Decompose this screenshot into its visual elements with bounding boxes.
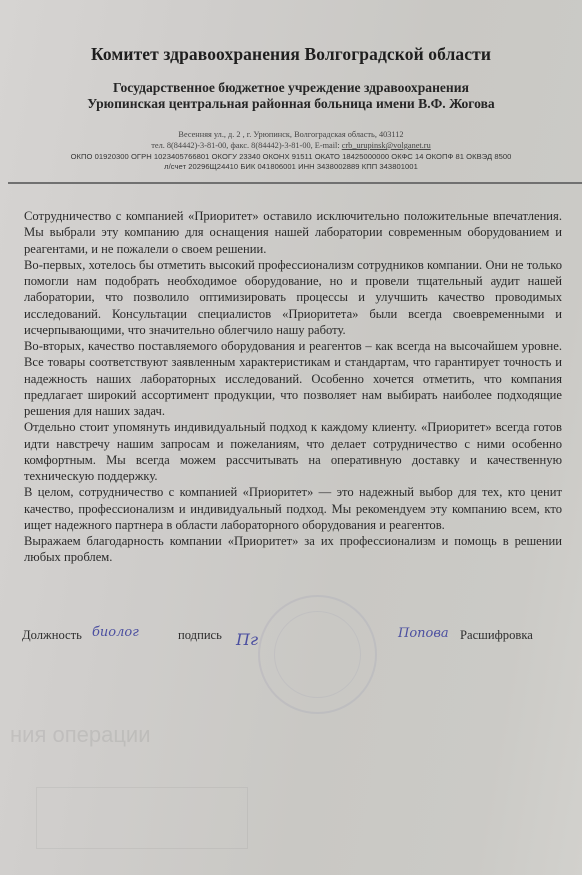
paragraph: Во-вторых, качество поставляемого оборуд… xyxy=(24,338,562,419)
paragraph: Отдельно стоит упомянуть индивидуальный … xyxy=(24,419,562,484)
signature-row: Должность биолог подпись Пг Попова Расши… xyxy=(0,628,582,658)
show-through-box xyxy=(36,787,248,849)
registry-codes-line1: ОКПО 01920300 ОГРН 1023405766801 ОКОГУ 2… xyxy=(0,152,582,161)
contacts-line: тел. 8(84442)-3-81-00, факс. 8(84442)-3-… xyxy=(0,141,582,150)
show-through-text: ния операции xyxy=(10,722,151,748)
paragraph: Во-первых, хотелось бы отметить высокий … xyxy=(24,257,562,338)
signature-label: подпись xyxy=(178,628,222,643)
letter-page: Комитет здравоохранения Волгоградской об… xyxy=(0,0,582,875)
paragraph: Выражаем благодарность компании «Приорит… xyxy=(24,533,562,566)
phone-fax: тел. 8(84442)-3-81-00, факс. 8(84442)-3-… xyxy=(151,141,341,150)
paragraph: В целом, сотрудничество с компанией «При… xyxy=(24,484,562,533)
position-label: Должность xyxy=(22,628,82,643)
letter-body: Сотрудничество с компанией «Приоритет» о… xyxy=(24,208,562,566)
institution-type: Государственное бюджетное учреждение здр… xyxy=(0,80,582,96)
decode-label: Расшифровка xyxy=(460,628,533,643)
committee-title: Комитет здравоохранения Волгоградской об… xyxy=(0,44,582,65)
name-handwritten: Попова xyxy=(398,626,449,641)
institution-name: Урюпинская центральная районная больница… xyxy=(0,96,582,112)
email-link[interactable]: crb_urupinsk@volganet.ru xyxy=(342,141,431,150)
header-divider xyxy=(8,182,582,184)
position-handwritten: биолог xyxy=(92,625,139,640)
address-line: Весенняя ул., д. 2 , г. Урюпинск, Волгог… xyxy=(0,130,582,139)
signature-handwritten: Пг xyxy=(236,630,258,649)
registry-codes-line2: л/счет 20296Щ24410 БИК 041806001 ИНН 343… xyxy=(0,162,582,171)
paragraph: Сотрудничество с компанией «Приоритет» о… xyxy=(24,208,562,257)
